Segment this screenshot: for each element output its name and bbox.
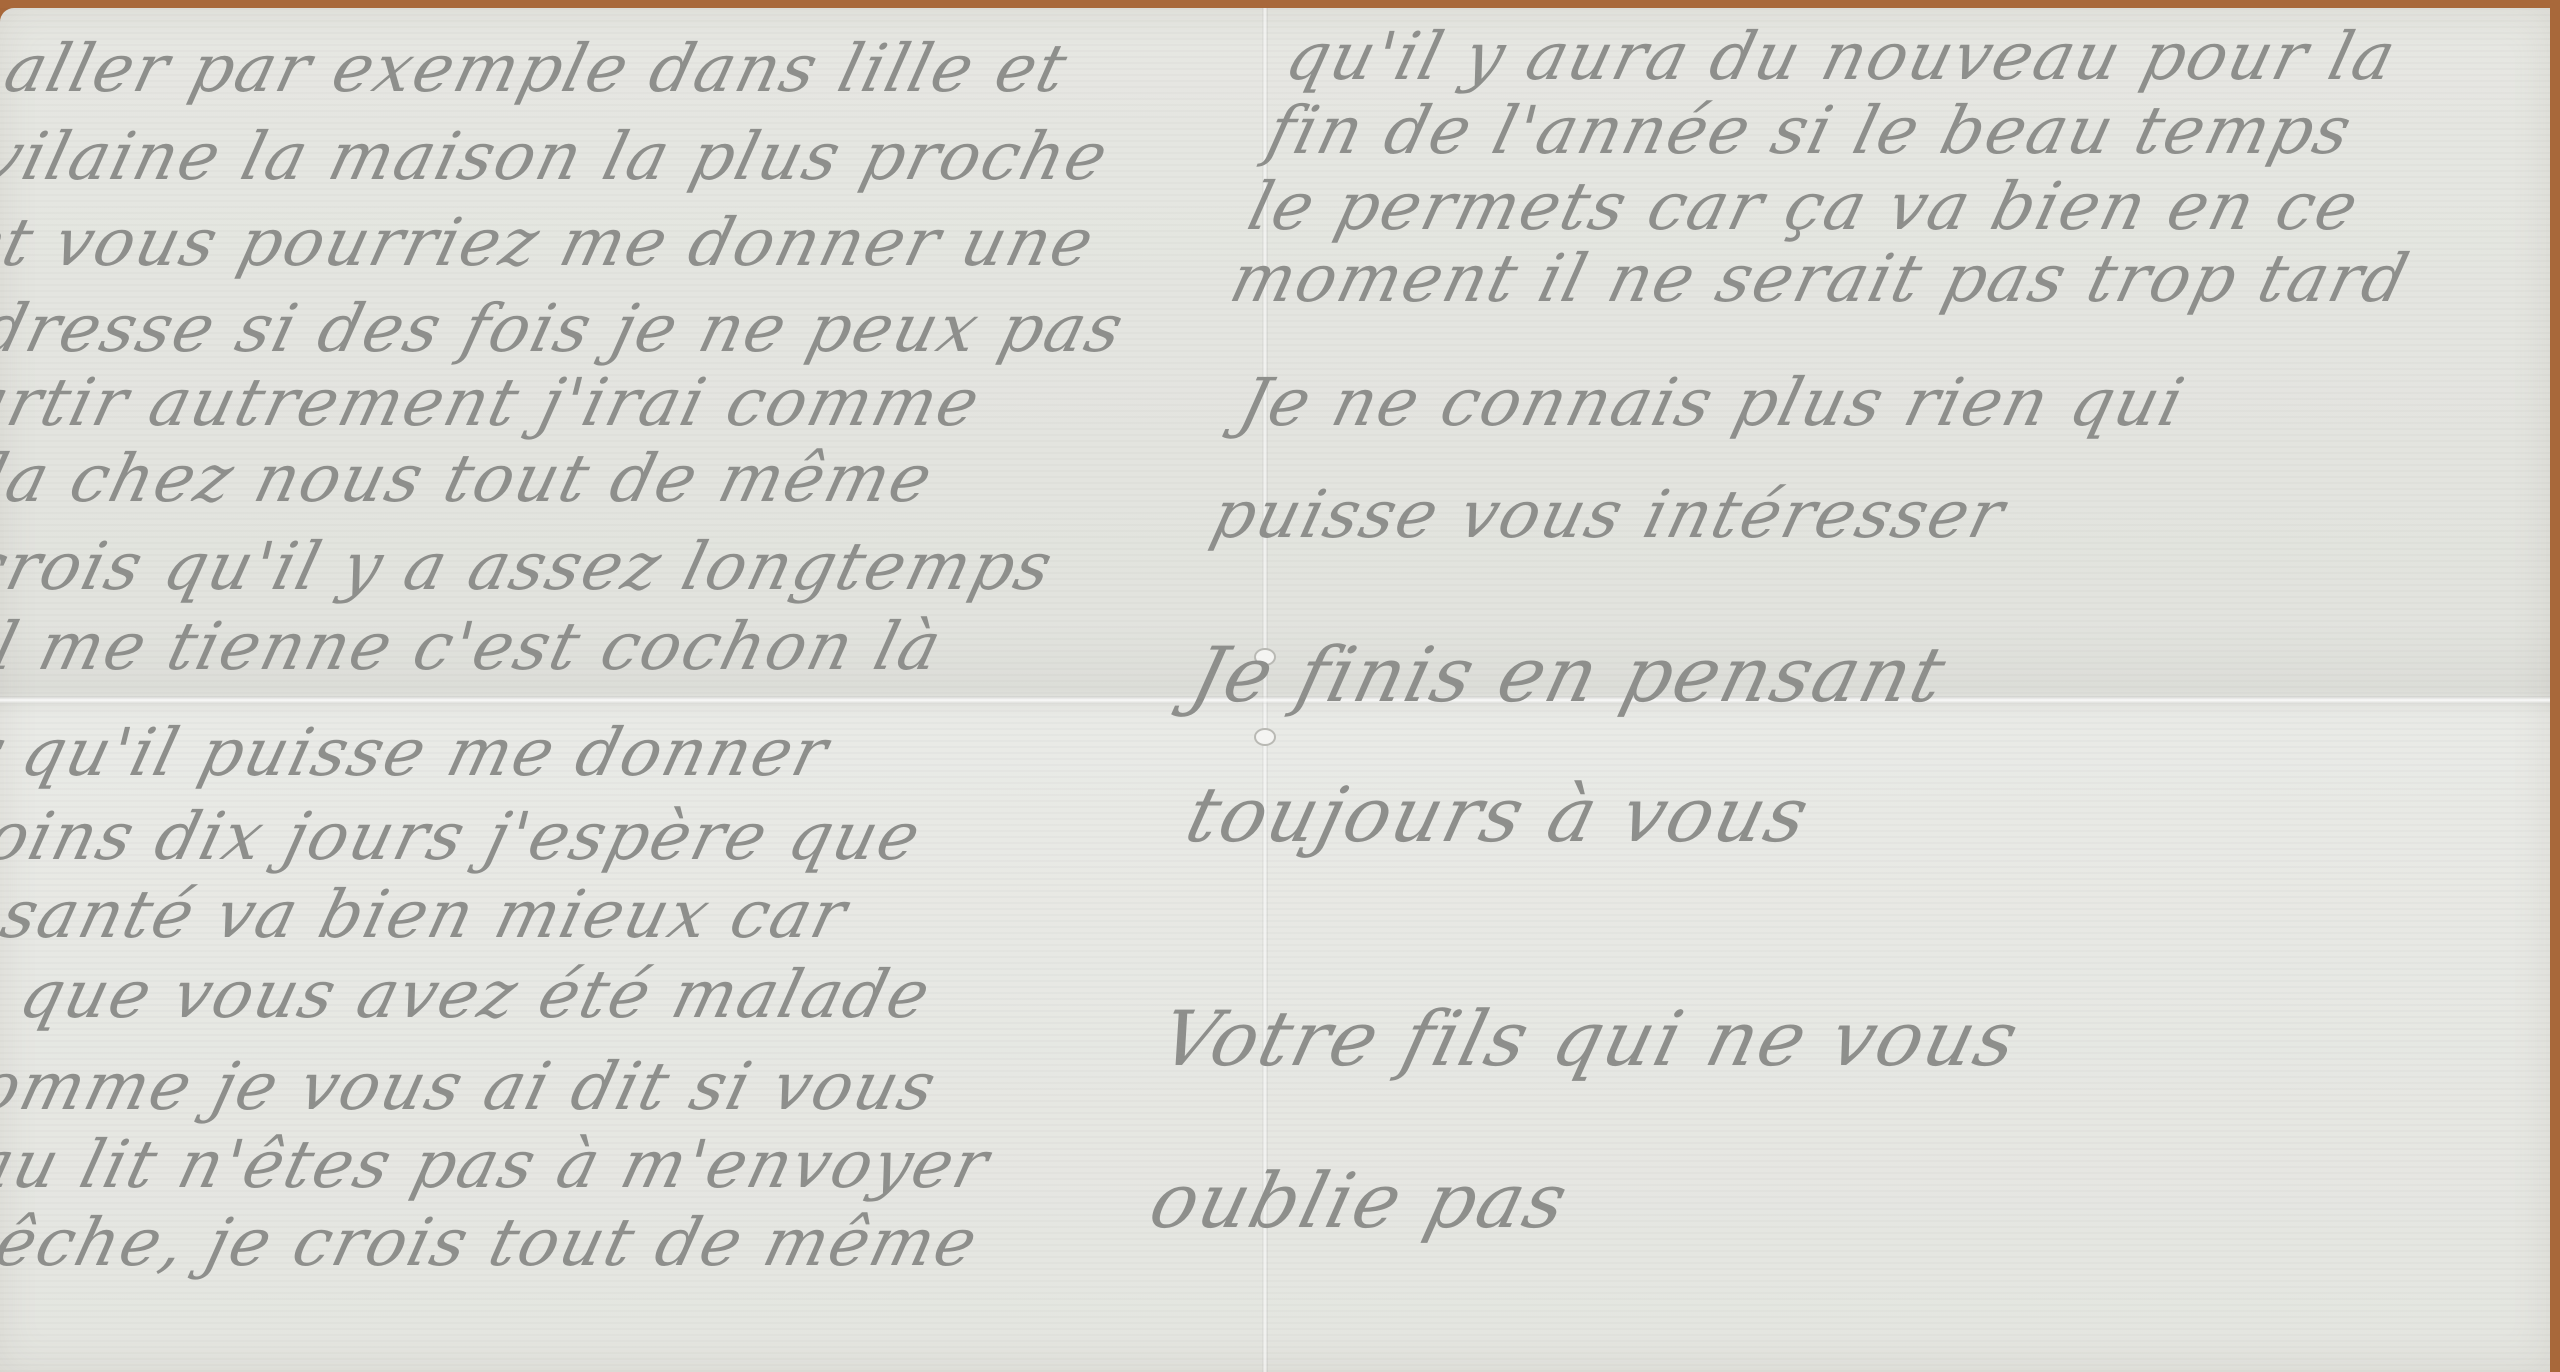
signature-line-1: Votre fils qui ne vous (1152, 994, 2029, 1083)
right-paragraph-2-line-1: Je ne connais plus rien qui (1232, 364, 2193, 441)
left-line-11: votre santé va bien mieux car (0, 876, 856, 953)
right-paragraph-2-line-2: puisse vous intéresser (1204, 476, 2013, 553)
right-line-3: le permets car ça va bien en ce (1241, 168, 2367, 245)
left-line-10: au moins dix jours j'espère que (0, 798, 930, 875)
left-line-4: adresse si des fois je ne peux pas (0, 290, 1132, 367)
left-line-1: aller par exemple dans lille et (0, 30, 1076, 107)
left-line-9: pour qu'il puisse me donner (0, 714, 837, 791)
closing-line-1: Je finis en pensant (1183, 630, 1956, 719)
left-line-8: qu'il me tienne c'est cochon là (0, 608, 950, 685)
fold-tear-lower (1254, 728, 1276, 746)
letter-sheet: aller par exemple dans lille et vilaine … (0, 8, 2550, 1372)
left-line-14: restez au lit n'êtes pas à m'envoyer (0, 1126, 998, 1203)
right-line-1: qu'il y aura du nouveau pour la (1278, 18, 2404, 95)
right-line-4: moment il ne serait pas trop tard (1223, 240, 2418, 317)
left-line-5: partir autrement j'irai comme (0, 364, 989, 441)
left-line-13: mais comme je vous ai dit si vous (0, 1048, 945, 1125)
left-line-6: cela chez nous tout de même (0, 440, 941, 517)
left-line-3: et vous pourriez me donner une (0, 204, 1103, 281)
signature-line-2: oublie pas (1142, 1156, 1578, 1245)
left-line-12: je sais que vous avez été malade (0, 956, 939, 1033)
left-line-7: je crois qu'il y a assez longtemps (0, 528, 1062, 605)
left-line-2: vilaine la maison la plus proche (0, 118, 1117, 195)
left-line-15: une dépêche, je crois tout de même (0, 1204, 987, 1281)
closing-line-2: toujours à vous (1178, 770, 1819, 859)
right-line-2: fin de l'année si le beau temps (1260, 92, 2361, 169)
